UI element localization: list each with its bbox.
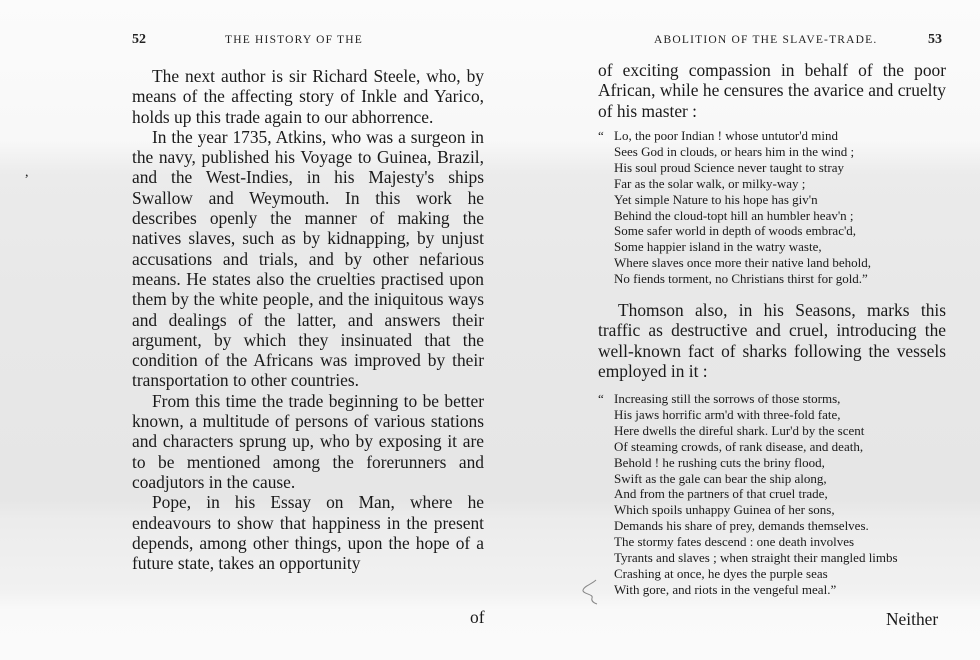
open-quote: “	[598, 391, 614, 407]
catchword: of	[470, 607, 485, 628]
paragraph: In the year 1735, Atkins, who was a surg…	[132, 127, 484, 391]
verse-line: Far as the solar walk, or milky-way ;	[598, 176, 871, 192]
verse-line: The stormy fates descend : one death inv…	[598, 534, 898, 550]
verse-line: No fiends torment, no Christians thirst …	[598, 271, 871, 287]
verse-line: Behold ! he rushing cuts the briny flood…	[598, 455, 898, 471]
paragraph: of exciting compassion in behalf of the …	[598, 60, 946, 121]
left-page: 52 The History of the The next author is…	[130, 0, 487, 660]
paragraph: From this time the trade beginning to be…	[132, 391, 484, 492]
verse-line: “Increasing still the sorrows of those s…	[598, 391, 898, 407]
verse-line: His jaws horrific arm'd with three-fold …	[598, 407, 898, 423]
open-quote: “	[598, 128, 614, 144]
right-page: Abolition of the Slave-Trade. 53 of exci…	[598, 0, 946, 660]
verse-line: Here dwells the direful shark. Lur'd by …	[598, 423, 898, 439]
verse-line: Crashing at once, he dyes the purple sea…	[598, 566, 898, 582]
verse-line: Yet simple Nature to his hope has giv'n	[598, 192, 871, 208]
running-head: The History of the	[225, 34, 363, 46]
page-number: 52	[132, 32, 146, 48]
verse-line: Demands his share of prey, demands thems…	[598, 518, 898, 534]
verse-line: Behind the cloud-topt hill an humbler he…	[598, 208, 871, 224]
verse-line: Tyrants and slaves ; when straight their…	[598, 550, 898, 566]
page-number: 53	[928, 32, 942, 48]
paragraph: Pope, in his Essay on Man, where he ende…	[132, 492, 484, 573]
verse-line: Which spoils unhappy Guinea of her sons,	[598, 502, 898, 518]
verse-line: Some happier island in the watry waste,	[598, 239, 871, 255]
catchword: Neither	[886, 609, 938, 630]
body-text: The next author is sir Richard Steele, w…	[132, 66, 484, 573]
paragraph: Thomson also, in his Seasons, marks this…	[598, 300, 946, 381]
running-head: Abolition of the Slave-Trade.	[654, 34, 877, 46]
verse-line: Some safer world in depth of woods embra…	[598, 223, 871, 239]
verse-line: Sees God in clouds, or hears him in the …	[598, 144, 871, 160]
paragraph: The next author is sir Richard Steele, w…	[132, 66, 484, 127]
opening-paragraph: of exciting compassion in behalf of the …	[598, 60, 946, 121]
verse-line: With gore, and riots in the vengeful mea…	[598, 582, 898, 598]
verse-line: “Lo, the poor Indian ! whose untutor'd m…	[598, 128, 871, 144]
pope-verse-quotation: “Lo, the poor Indian ! whose untutor'd m…	[598, 128, 871, 287]
verse-line: Of steaming crowds, of rank disease, and…	[598, 439, 898, 455]
thomson-verse-quotation: “Increasing still the sorrows of those s…	[598, 391, 898, 598]
thomson-paragraph: Thomson also, in his Seasons, marks this…	[598, 300, 946, 381]
verse-line: His soul proud Science never taught to s…	[598, 160, 871, 176]
verse-line: Swift as the gale can bear the ship alon…	[598, 471, 898, 487]
verse-line: Where slaves once more their native land…	[598, 255, 871, 271]
stray-margin-mark: ,	[25, 165, 29, 181]
pencil-bracket-mark	[580, 578, 602, 606]
verse-line: And from the partners of that cruel trad…	[598, 486, 898, 502]
